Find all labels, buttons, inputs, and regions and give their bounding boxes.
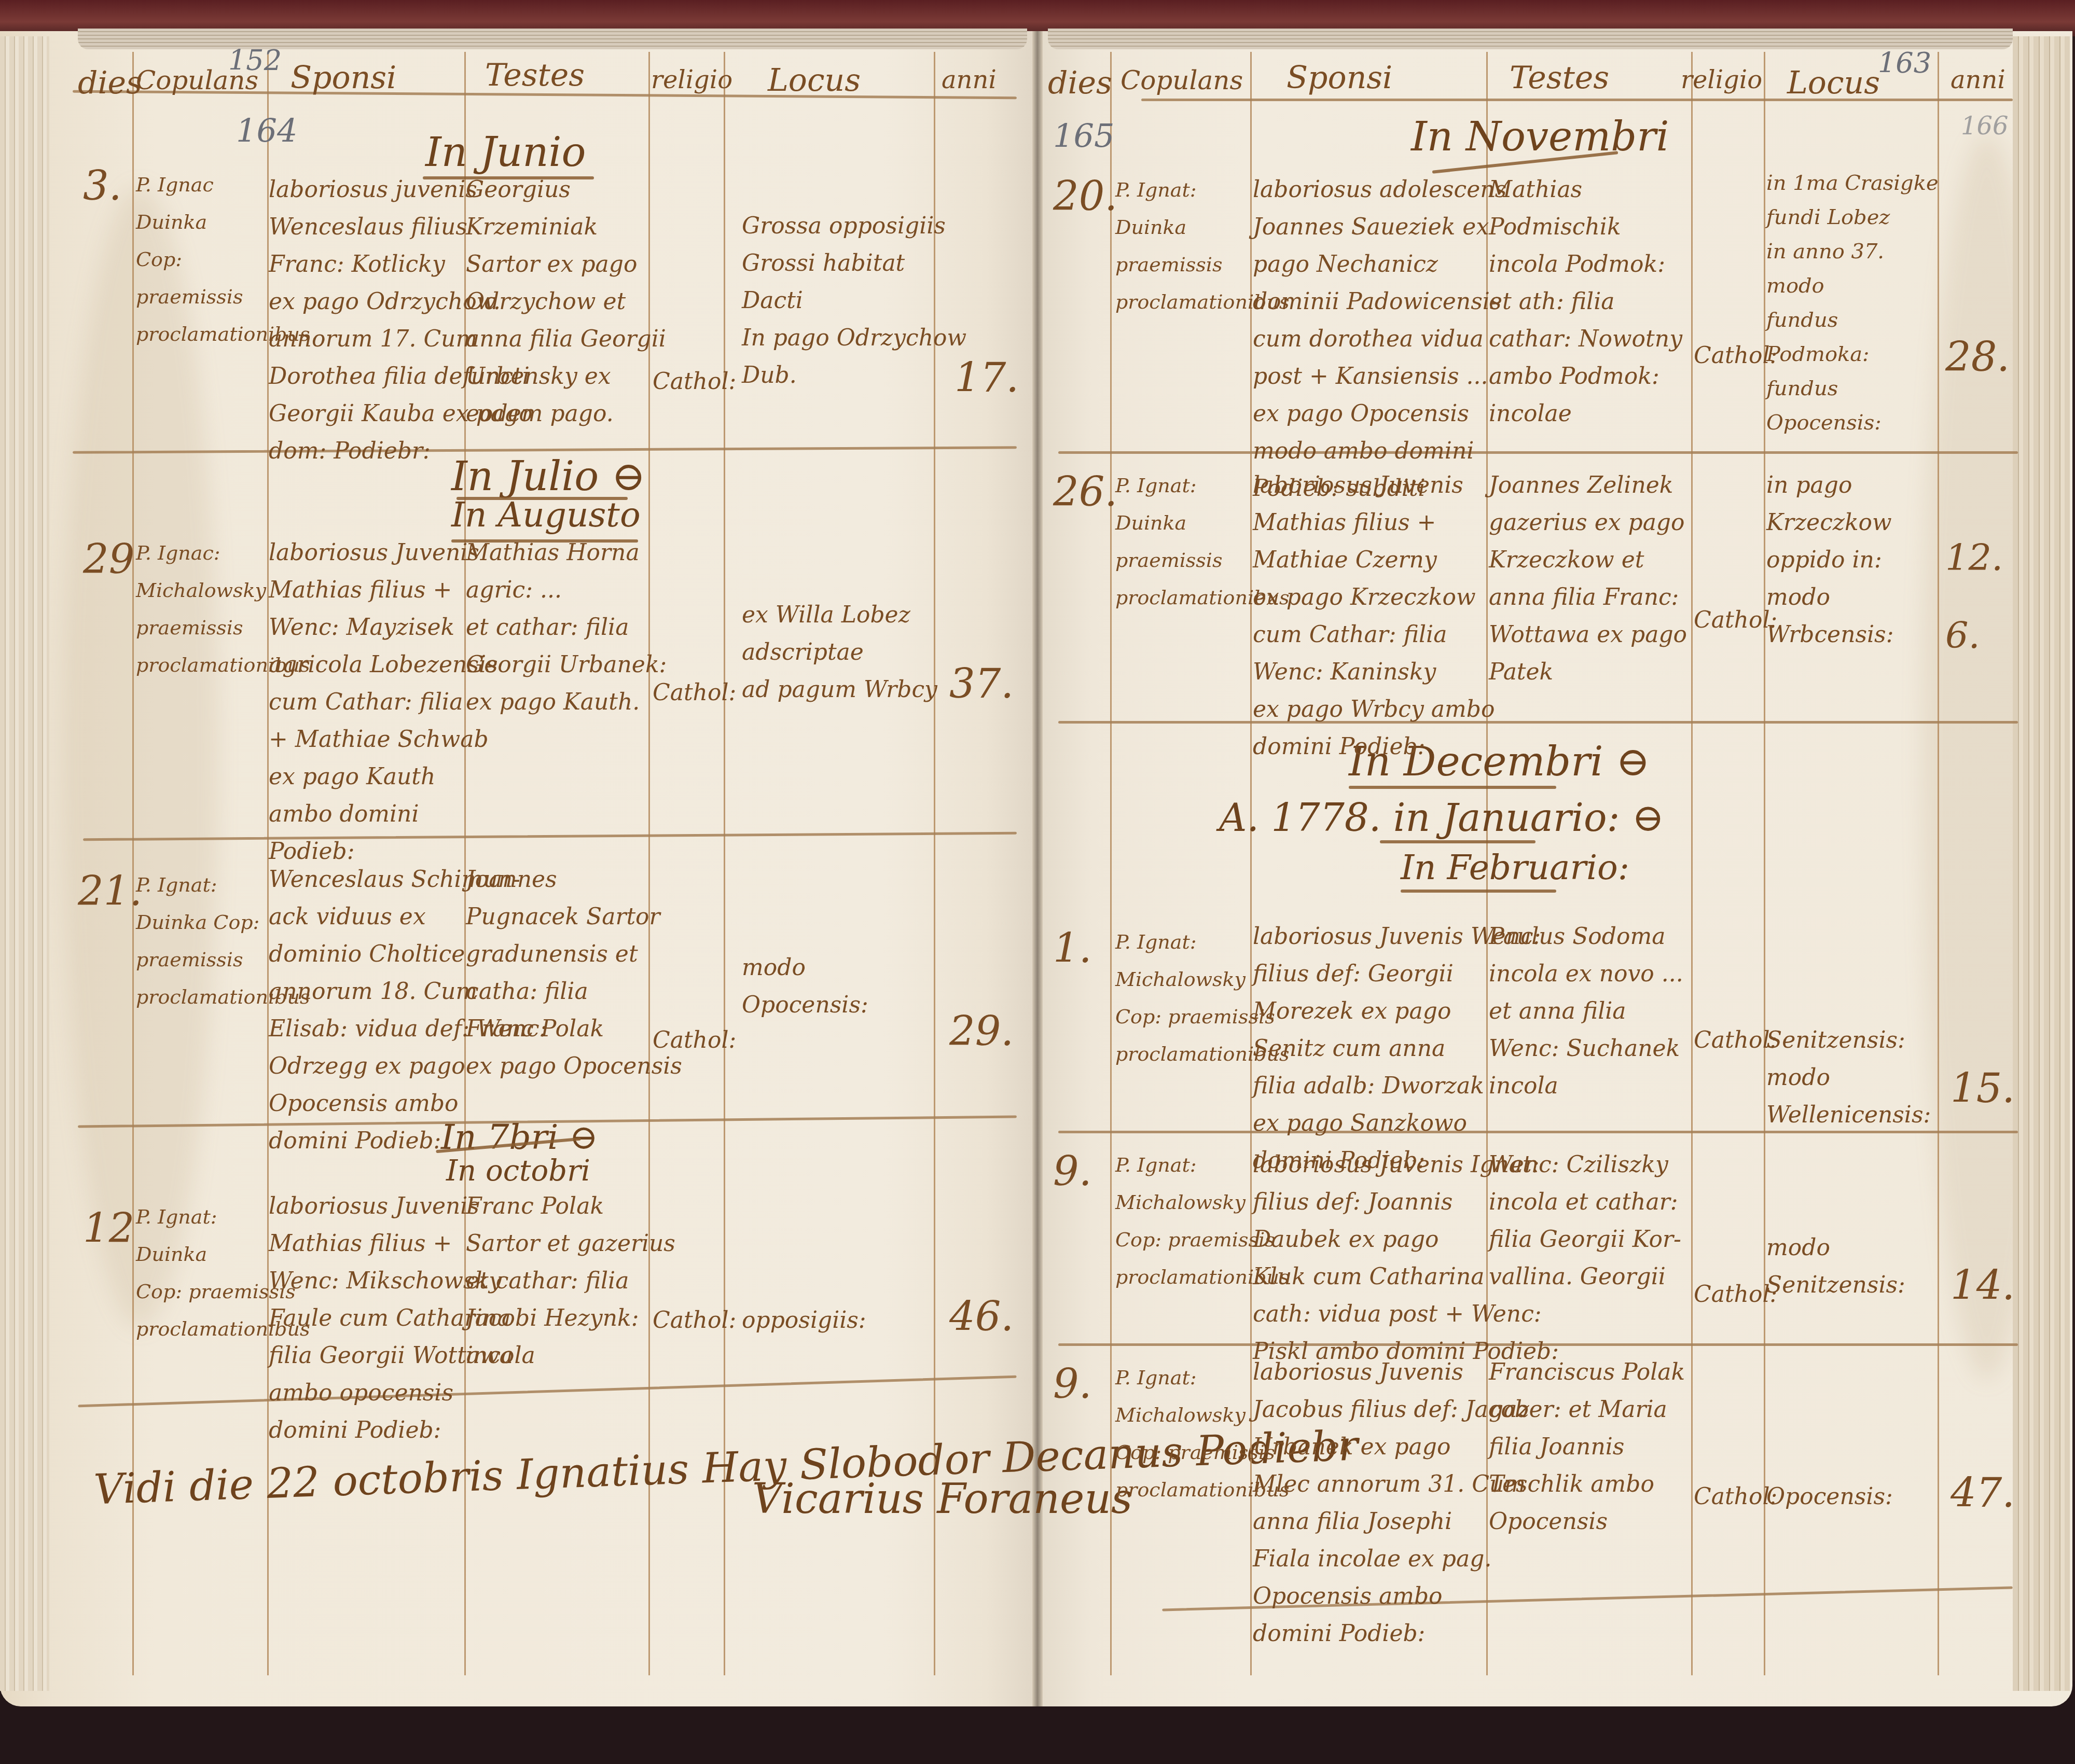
entry-religio: Cathol: xyxy=(1694,1276,1777,1313)
entry-testes: Wenc: Cziliszky incola et cathar: filia … xyxy=(1489,1146,1681,1296)
entry-day: 21. xyxy=(78,871,142,912)
entry-testes: Georgius Krzeminiak Sartor ex pago Odrzy… xyxy=(466,171,666,433)
entry-religio: Cathol: xyxy=(1694,602,1777,639)
section-heading: In Novembri xyxy=(1411,117,1669,157)
column-rule xyxy=(1764,52,1765,1675)
entry-locus: Senitzensis: modo Wellenicensis: xyxy=(1766,1022,1931,1134)
header-anni: anni xyxy=(942,67,997,92)
header-locus: Locus xyxy=(768,65,861,96)
entry-age: 37. xyxy=(949,664,1014,704)
entry-day: 9. xyxy=(1053,1364,1091,1405)
folio-number-pencil-faint: 166 xyxy=(1961,112,2009,141)
section-heading: A. 1778. in Januario: ⊖ xyxy=(1219,799,1664,837)
header-testes: Testes xyxy=(1510,62,1609,93)
entry-sponsi: laboriosus Juvenis Mathias filius + Wenc… xyxy=(269,534,498,870)
entry-rule xyxy=(1058,721,2018,724)
entry-rule xyxy=(1058,451,2018,454)
entry-locus: in pago Krzeczkow oppido in: modo Wrbcen… xyxy=(1766,467,1894,654)
entry-locus: ex Willa Lobez adscriptae ad pagum Wrbcy xyxy=(742,596,937,709)
water-stain xyxy=(62,187,218,1328)
header-sponsi: Sponsi xyxy=(1286,62,1392,93)
column-rule xyxy=(132,52,134,1675)
entry-testes: Franc Polak Sartor et gazerius et cathar… xyxy=(466,1188,675,1374)
header-rule xyxy=(1141,99,2013,101)
entry-age: 12. 6. xyxy=(1945,519,2003,674)
section-heading: In Augusto xyxy=(451,498,641,532)
entry-locus: in 1ma Crasigke fundi Lobez in anno 37. … xyxy=(1766,166,1939,440)
section-heading: In Junio xyxy=(425,132,586,173)
heading-underline xyxy=(1401,890,1556,893)
entry-testes: Joannes Pugnacek Sartor gradunensis et c… xyxy=(466,861,682,1085)
header-copulans: Copulans xyxy=(1120,67,1243,93)
section-heading: In Februario: xyxy=(1401,851,1629,885)
entry-locus: Opocensis: xyxy=(1766,1478,1893,1516)
entry-testes: Joannes Zelinek gazerius ex pago Krzeczk… xyxy=(1489,467,1687,691)
entry-day: 1. xyxy=(1053,928,1091,969)
header-dies: dies xyxy=(1048,67,1112,99)
entry-testes: Paulus Sodoma incola ex novo ... et anna… xyxy=(1489,918,1683,1105)
entry-age: 17. xyxy=(955,358,1019,398)
entry-religio: Cathol: xyxy=(653,1022,736,1059)
heading-underline xyxy=(1349,786,1556,789)
folio-number-pencil: 165 xyxy=(1053,117,1114,155)
entry-day: 29 xyxy=(83,539,134,580)
entry-age: 14. xyxy=(1951,1266,2015,1306)
page-edges-left xyxy=(0,36,49,1691)
header-sponsi: Sponsi xyxy=(290,62,396,93)
entry-religio: Cathol: xyxy=(1694,1022,1777,1059)
entry-age: 28. xyxy=(1945,337,2010,378)
entry-testes: Franciscus Polak gazer: et Maria filia J… xyxy=(1489,1354,1685,1540)
entry-age: 29. xyxy=(949,1011,1014,1052)
entry-religio: Cathol: xyxy=(1694,1478,1777,1516)
entry-locus: opposigiis: xyxy=(742,1302,866,1339)
section-heading: In octobri xyxy=(446,1157,590,1186)
entry-locus: modo Opocensis: xyxy=(742,949,868,1024)
header-dies: dies xyxy=(78,67,142,99)
entry-day: 9. xyxy=(1053,1151,1091,1192)
entry-testes: Mathias Podmischik incola Podmok: et ath… xyxy=(1489,171,1682,433)
entry-day: 3. xyxy=(83,166,121,206)
entry-sponsi: laboriosus adolescens Joannes Saueziek e… xyxy=(1253,171,1506,507)
entry-age: 47. xyxy=(1951,1473,2015,1513)
page-top-edge-left xyxy=(78,29,1027,49)
entry-age: 15. xyxy=(1951,1068,2015,1109)
entry-sponsi: laboriosus Juvenis Mathias filius + Math… xyxy=(1253,467,1495,766)
entry-religio: Cathol: xyxy=(653,674,736,712)
entry-age: 46. xyxy=(949,1297,1014,1337)
entry-religio: Cathol: xyxy=(653,363,736,400)
page-edges-right xyxy=(2013,36,2070,1691)
entry-day: 26. xyxy=(1053,472,1117,512)
entry-testes: Mathias Horna agric: ... et cathar: fili… xyxy=(466,534,667,721)
entry-locus: modo Senitzensis: xyxy=(1766,1229,1905,1304)
column-rule xyxy=(1691,52,1693,1675)
entry-sponsi: laboriosus Juvenis Jacobus filius def: J… xyxy=(1253,1354,1529,1652)
entry-day: 12 xyxy=(83,1209,134,1249)
entry-religio: Cathol: xyxy=(1694,337,1777,374)
page-top-edge-right xyxy=(1048,29,2013,49)
header-religio: religio xyxy=(1681,67,1762,92)
heading-underline xyxy=(1380,840,1536,843)
folio-number-ink: 152 xyxy=(228,44,282,77)
header-anni: anni xyxy=(1951,67,2005,92)
folio-number-pencil: 164 xyxy=(236,112,297,149)
folio-number-ink: 163 xyxy=(1878,47,1931,79)
header-testes: Testes xyxy=(485,60,585,91)
header-religio: religio xyxy=(651,67,732,92)
entry-locus: Grossa opposigiis Grossi habitat Dacti I… xyxy=(742,207,966,394)
header-locus: Locus xyxy=(1787,67,1880,99)
entry-day: 20. xyxy=(1053,176,1117,217)
visitation-note-line2: Vicarius Foraneus xyxy=(752,1478,1132,1520)
column-rule xyxy=(1110,52,1112,1675)
column-rule xyxy=(724,52,725,1675)
entry-religio: Cathol: xyxy=(653,1302,736,1339)
